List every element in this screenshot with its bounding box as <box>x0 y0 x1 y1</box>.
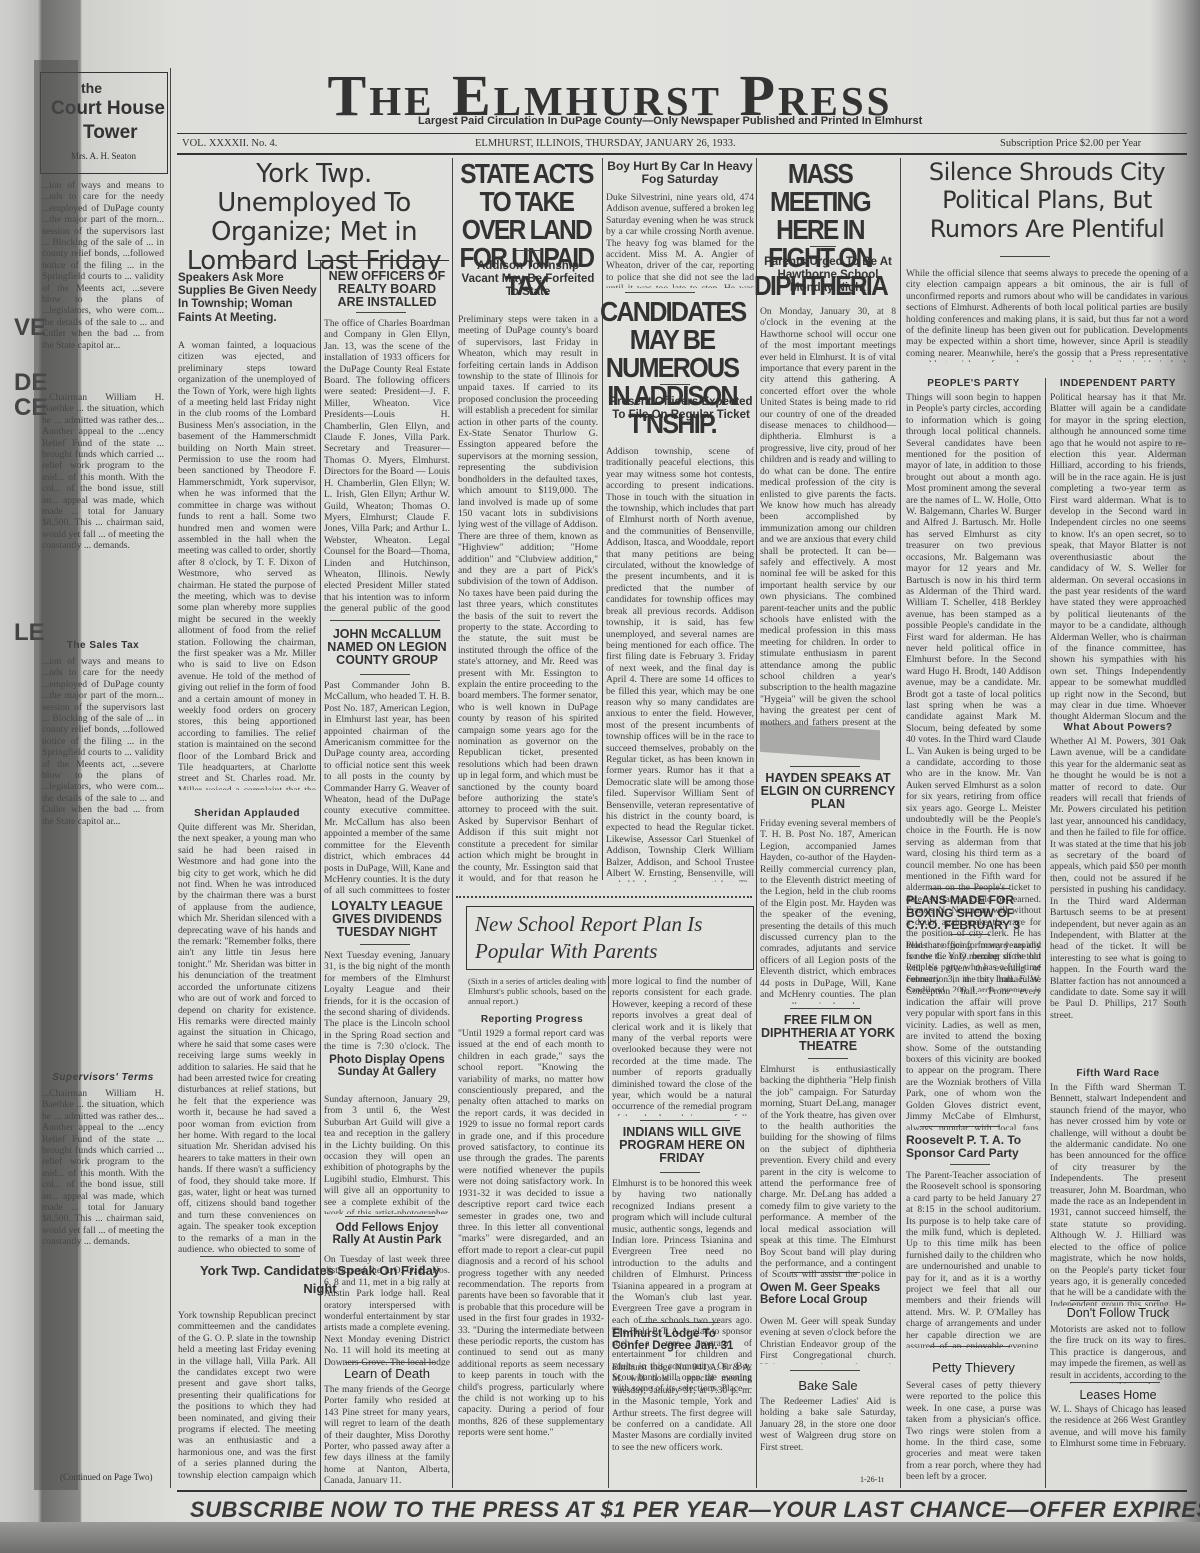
headline-geer: Owen M. Geer Speaks Before Local Group <box>760 1282 896 1306</box>
masthead-tagline: Largest Paid Circulation In DuPage Count… <box>418 115 922 127</box>
headline-boxing: PLANS MADE FOR BOXING SHOW OF C.Y.O. FEB… <box>906 894 1041 932</box>
headline-leases-home: Leases Home <box>1050 1388 1186 1402</box>
divider <box>345 1362 435 1363</box>
headline-indians: INDIANS WILL GIVE PROGRAM HERE ON FRIDAY <box>612 1126 752 1165</box>
column-rule <box>602 158 603 880</box>
headline-york-unemployed: York Twp. Unemployed To Organize; Met in… <box>178 160 450 276</box>
masthead-rule-bottom <box>177 153 1187 155</box>
body-bake-sale: The Redeemer Ladies' Aid is holding a ba… <box>760 1396 896 1476</box>
tape-mark <box>760 722 880 760</box>
subscription-banner: SUBSCRIBE NOW TO THE PRESS AT $1 PER YEA… <box>190 1497 1200 1523</box>
column-rule <box>1045 378 1046 1488</box>
divider <box>625 292 695 293</box>
subhead-what-about-powers: What About Powers? <box>1050 722 1186 733</box>
headline-silence-shrouds: Silence Shrouds City Political Plans, Bu… <box>902 158 1192 243</box>
body-hayden: Friday evening several members of T. H. … <box>760 818 896 1004</box>
column-title-tower: Tower <box>83 123 138 143</box>
divider <box>360 944 410 945</box>
subhead-reporting-progress: Reporting Progress <box>458 1014 606 1025</box>
divider <box>808 1058 848 1059</box>
divider <box>790 1272 860 1273</box>
headline-bake-sale: Bake Sale <box>760 1378 896 1393</box>
body-loyalty-league: Next Tuesday evening, January 31, is the… <box>324 950 450 1050</box>
body-york-candidates: York township Republican precinct commit… <box>178 1310 316 1480</box>
deck-state-acts: Addison Township Vacant May Be Forfeited… <box>458 260 598 300</box>
wavy-rule <box>456 896 752 900</box>
body-school-report-2: more logical to find the number of repor… <box>612 976 752 1116</box>
body-mass-meeting: On Monday, January 30, at 8 o'clock in t… <box>760 306 896 726</box>
banner-rule <box>177 1490 1187 1492</box>
newspaper-page: VE DE CE LE the Court House Tower Mrs. A… <box>0 0 1200 1553</box>
divider <box>1000 256 1050 257</box>
divider <box>950 934 990 935</box>
headline-realty-board: NEW OFFICERS OF REALTY BOARD ARE INSTALL… <box>324 270 450 309</box>
school-report-headline-box: New School Report Plan Is Popular With P… <box>466 906 754 970</box>
body-lodge: Elmhurst lodge No. 941 A. F. & A. M. wil… <box>612 1362 752 1488</box>
divider <box>790 766 860 767</box>
subhead-sheridan: Sheridan Applauded <box>178 808 316 819</box>
dateline: ELMHURST, ILLINOIS, THURSDAY, JANUARY 26… <box>475 138 736 149</box>
divider <box>640 1120 730 1121</box>
volume-number: VOL. XXXXII. No. 4. <box>182 138 277 149</box>
subhead-independent-party: INDEPENDENT PARTY <box>1050 378 1186 389</box>
column-rule <box>452 158 453 1488</box>
divider <box>345 1216 435 1217</box>
body-mccallum: Past Commander John B. McCallum, who hea… <box>324 680 450 895</box>
headline-roosevelt: Roosevelt P. T. A. To Sponsor Card Party <box>906 1134 1041 1159</box>
divider <box>920 1126 1000 1127</box>
body-geer: Owen M. Geer will speak Sunday evening a… <box>760 1316 896 1364</box>
divider <box>640 1322 720 1323</box>
body-sheridan: Quite different was Mr. Sheridan, the ne… <box>178 822 316 1252</box>
body-fifth-ward: In the Fifth ward Sherman T. Bennett, st… <box>1050 1082 1186 1306</box>
body-boy-hurt: Duke Silvestrini, nine years old, 474 Ad… <box>606 192 754 288</box>
body-leases-home: W. L. Shays of Chicago has leased the re… <box>1050 1404 1186 1452</box>
box-rule <box>315 260 449 261</box>
body-independent-party: Political hearsay has it that Mr. Blatte… <box>1050 392 1186 722</box>
body-candidates-addison: Addison township, scene of traditionally… <box>606 446 754 882</box>
headline-boy-hurt: Boy Hurt By Car In Heavy Fog Saturday <box>605 160 755 185</box>
column-rule <box>170 68 171 1488</box>
column-rule <box>320 260 321 1490</box>
headline-odd-fellows: Odd Fellows Enjoy Rally At Austin Park <box>324 1222 450 1246</box>
headline-petty-thievery: Petty Thievery <box>906 1360 1041 1375</box>
scan-shadow <box>34 60 78 1490</box>
divider <box>1070 1300 1160 1301</box>
headline-lodge: Elmhurst Lodge To Confer Degree Jan. 31 <box>612 1328 752 1352</box>
divider <box>950 1164 990 1165</box>
divider <box>360 674 410 675</box>
headline-loyalty-league: LOYALTY LEAGUE GIVES DIVIDENDS TUESDAY N… <box>324 900 450 939</box>
divider <box>200 1256 300 1257</box>
divider <box>516 250 542 251</box>
body-learn-of-death: The many friends of the George Porter fa… <box>324 1384 450 1484</box>
body-petty-thievery: Several cases of petty thievery were rep… <box>906 1380 1041 1480</box>
column-rule <box>756 158 757 1488</box>
divider <box>356 312 406 313</box>
divider <box>930 888 1010 889</box>
deck-mass-meeting: Parents Urged To Be At Hawthorne School … <box>760 256 896 296</box>
divider <box>930 1346 1010 1347</box>
body-silence-lead: While the official silence that seems al… <box>906 268 1188 362</box>
body-dont-follow-truck: Motorists are asked not to follow the fi… <box>1050 1324 1186 1384</box>
headline-free-film: FREE FILM ON DIPHTHERIA AT YORK THEATRE <box>760 1014 896 1053</box>
divider <box>330 620 440 621</box>
divider <box>660 1172 700 1173</box>
school-report-note: (Sixth in a series of articles dealing w… <box>468 976 606 1014</box>
headline-mccallum: JOHN McCALLUM NAMED ON LEGION COUNTY GRO… <box>324 628 450 667</box>
body-school-report: "Until 1929 a formal report card was iss… <box>458 1028 604 1488</box>
headline-learn-of-death: Learn of Death <box>324 1366 450 1381</box>
column-title-the: the <box>81 81 102 96</box>
column-author: Mrs. A. H. Seaton <box>71 151 136 161</box>
column-rule <box>608 976 609 1488</box>
divider <box>790 1370 860 1371</box>
body-realty-board: The office of Charles Boardman and Compa… <box>324 318 450 614</box>
body-photo-display: Sunday afternoon, January 29, from 3 unt… <box>324 1094 450 1214</box>
divider <box>1070 1382 1160 1383</box>
body-state-acts: Preliminary steps were taken in a meetin… <box>458 314 598 882</box>
page-bottom-fold <box>0 1522 1200 1553</box>
body-york-unemployed: A woman fainted, a loquacious citizen wa… <box>178 340 316 790</box>
headline-dont-follow-truck: Don't Follow Truck <box>1050 1306 1186 1320</box>
headline-hayden: HAYDEN SPEAKS AT ELGIN ON CURRENCY PLAN <box>760 772 896 811</box>
divider <box>790 1008 860 1009</box>
body-powers: Whether Al M. Powers, 301 Oak Lawn avenu… <box>1050 736 1186 1066</box>
ad-code: 1-26-1t <box>860 1475 884 1484</box>
headline-photo-display: Photo Display Opens Sunday At Gallery <box>324 1054 450 1078</box>
divider <box>236 260 262 261</box>
body-odd-fellows: On Tuesday of last week three districts … <box>324 1254 450 1366</box>
body-roosevelt: The Parent-Teacher association of the Ro… <box>906 1170 1041 1348</box>
subscription-price: Subscription Price $2.00 per Year <box>1000 138 1141 149</box>
headline-school-report: New School Report Plan Is Popular With P… <box>475 911 747 965</box>
subhead-fifth-ward: Fifth Ward Race <box>1050 1068 1186 1079</box>
body-free-film: Elmhurst is enthusiastically backing the… <box>760 1064 896 1278</box>
divider <box>660 384 690 385</box>
divider <box>810 246 836 247</box>
deck-york-unemployed: Speakers Ask More Supplies Be Given Need… <box>178 272 318 325</box>
deck-candidates-addison: Present Officers Expected To File On Reg… <box>606 396 756 422</box>
column-rule <box>900 158 901 1488</box>
subhead-peoples-party: PEOPLE'S PARTY <box>906 378 1041 389</box>
body-boxing: Plans are going forward rapidly for the … <box>906 940 1041 1130</box>
masthead-rule-top <box>177 133 1187 134</box>
